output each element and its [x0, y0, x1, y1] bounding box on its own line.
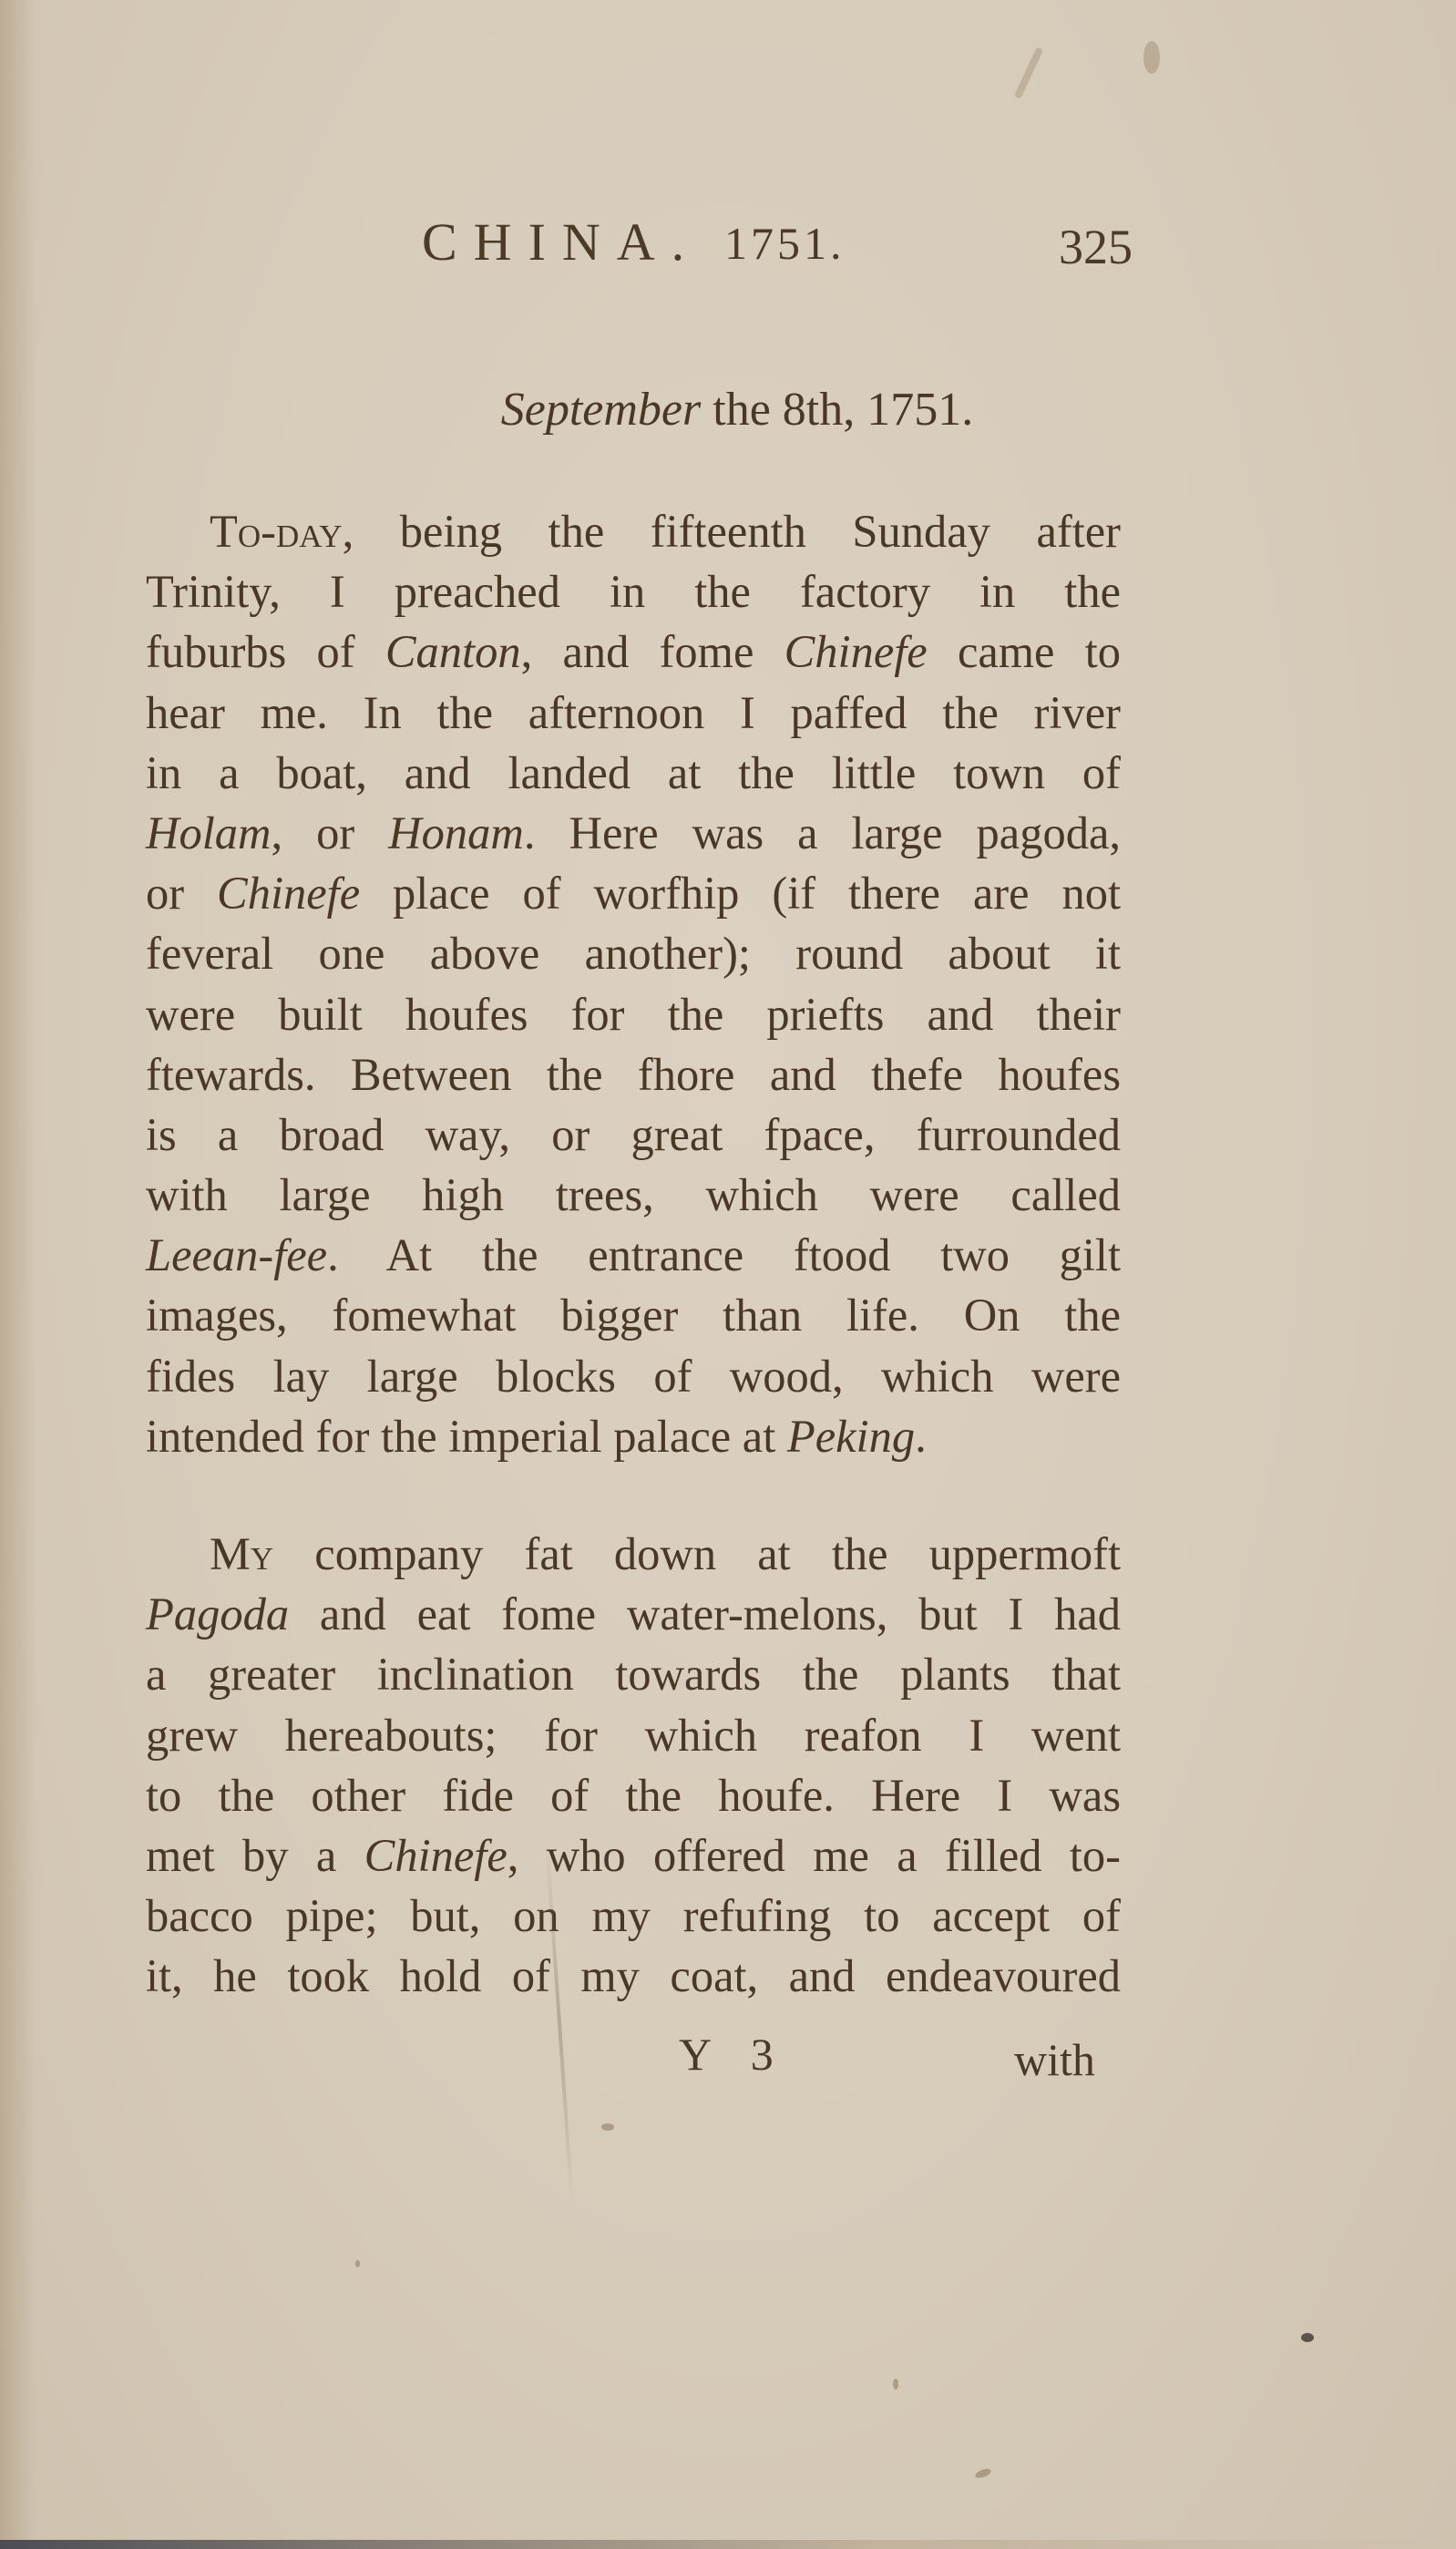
text-run: place of worfhip (if there are not: [360, 868, 1121, 919]
text-line: hear me. In the afternoon I paffed the r…: [146, 683, 1121, 743]
italic-text: Peking: [787, 1411, 915, 1462]
text-run: images, fomewhat bigger than life. On th…: [146, 1290, 1121, 1341]
text-run: feveral one above another); round about …: [146, 928, 1121, 979]
text-run: , being the fifteenth Sunday after: [343, 506, 1121, 557]
text-line: grew hereabouts; for which reafon I went: [146, 1705, 1121, 1765]
text-run: met by a: [146, 1830, 364, 1881]
text-run: is a broad way, or great fpace, furround…: [146, 1109, 1121, 1160]
text-run: fuburbs of: [146, 626, 385, 677]
text-run: with large high trees, which were called: [146, 1169, 1121, 1220]
dateline: September the 8th, 1751.: [0, 383, 1456, 437]
text-run: hear me. In the afternoon I paffed the r…: [146, 687, 1121, 738]
text-run: it, he took hold of my coat, and endeavo…: [146, 1950, 1121, 2001]
italic-text: Leean-fee: [146, 1229, 327, 1280]
text-line: intended for the imperial palace at Peki…: [146, 1406, 1121, 1466]
paper-blemish: [1014, 46, 1044, 99]
text-run: . At the entrance ftood two gilt: [327, 1229, 1121, 1280]
text-line: Pagoda and eat fome water-melons, but I …: [146, 1584, 1121, 1644]
italic-text: Chinefe: [364, 1830, 508, 1881]
text-line: To-day, being the fifteenth Sunday after: [146, 501, 1121, 561]
text-run: ftewards. Between the fhore and thefe ho…: [146, 1049, 1121, 1100]
italic-text: Chinefe: [217, 868, 360, 919]
text-line: My company fat down at the uppermoft: [146, 1524, 1121, 1584]
italic-text: Canton: [385, 626, 521, 677]
text-run: or: [146, 868, 217, 919]
running-head-title: CHINA.: [422, 211, 701, 272]
text-run: bacco pipe; but, on my refufing to accep…: [146, 1890, 1121, 1941]
text-run: Trinity, I preached in the factory in th…: [146, 566, 1121, 617]
text-line: a greater inclination towards the plants…: [146, 1644, 1121, 1704]
text-line: or Chinefe place of worfhip (if there ar…: [146, 863, 1121, 923]
text-run: and eat fome water-melons, but I had: [289, 1588, 1121, 1639]
text-run: in a boat, and landed at the little town…: [146, 747, 1121, 798]
text-line: met by a Chinefe, who offered me a fille…: [146, 1825, 1121, 1886]
page-number: 325: [1059, 219, 1133, 275]
text-line: it, he took hold of my coat, and endeavo…: [146, 1946, 1121, 2006]
catchline: Y 3 with: [0, 2028, 1456, 2092]
text-run: company fat down at the uppermoft: [273, 1528, 1121, 1579]
text-line: Leean-fee. At the entrance ftood two gil…: [146, 1225, 1121, 1285]
paper-blemish: [974, 2467, 992, 2480]
page-bottom-edge: [0, 2540, 1456, 2549]
dateline-month: September: [501, 384, 701, 436]
running-head: CHINA. 1751. 325: [0, 211, 1456, 284]
text-line: were built houfes for the priefts and th…: [146, 984, 1121, 1044]
text-line: in a boat, and landed at the little town…: [146, 743, 1121, 803]
text-line: bacco pipe; but, on my refufing to accep…: [146, 1886, 1121, 1946]
italic-text: Pagoda: [146, 1588, 289, 1639]
text-line: Holam, or Honam. Here was a large pagoda…: [146, 803, 1121, 863]
paragraph-2: My company fat down at the uppermoftPago…: [146, 1524, 1121, 2007]
text-run: . Here was a large pagoda,: [524, 807, 1121, 858]
text-line: feveral one above another); round about …: [146, 923, 1121, 983]
text-run: intended for the imperial palace at: [146, 1411, 787, 1462]
text-line: to the other fide of the houfe. Here I w…: [146, 1765, 1121, 1825]
signature-mark: Y 3: [679, 2028, 788, 2081]
text-run: .: [915, 1411, 927, 1462]
text-run: , and fome: [521, 626, 784, 677]
paper-blemish: [355, 2260, 360, 2267]
text-run: grew hereabouts; for which reafon I went: [146, 1710, 1121, 1761]
paper-blemish: [893, 2379, 898, 2390]
text-line: fides lay large blocks of wood, which we…: [146, 1346, 1121, 1406]
italic-text: Chinefe: [784, 626, 928, 677]
text-line: Trinity, I preached in the factory in th…: [146, 561, 1121, 622]
text-run: were built houfes for the priefts and th…: [146, 989, 1121, 1040]
text-run: a greater inclination towards the plants…: [146, 1649, 1121, 1700]
text-run: came to: [928, 626, 1121, 677]
paragraph-1: To-day, being the fifteenth Sunday after…: [146, 501, 1121, 1466]
italic-text: Holam: [146, 807, 271, 858]
small-caps-text: My: [210, 1528, 273, 1579]
text-run: fides lay large blocks of wood, which we…: [146, 1351, 1121, 1402]
running-head-year: 1751.: [724, 217, 846, 270]
text-line: fuburbs of Canton, and fome Chinefe came…: [146, 622, 1121, 682]
book-page: CHINA. 1751. 325 September the 8th, 1751…: [0, 0, 1456, 2549]
paper-blemish: [601, 2123, 614, 2131]
text-line: is a broad way, or great fpace, furround…: [146, 1105, 1121, 1165]
dateline-rest: the 8th, 1751.: [701, 384, 973, 436]
text-line: images, fomewhat bigger than life. On th…: [146, 1285, 1121, 1345]
paper-blemish: [1301, 2333, 1314, 2342]
text-line: ftewards. Between the fhore and thefe ho…: [146, 1044, 1121, 1105]
text-run: , or: [271, 807, 388, 858]
text-line: with large high trees, which were called: [146, 1165, 1121, 1225]
text-run: , who offered me a filled to-: [508, 1830, 1121, 1881]
text-run: to the other fide of the houfe. Here I w…: [146, 1770, 1121, 1821]
catchword: with: [1014, 2033, 1095, 2086]
italic-text: Honam: [388, 807, 524, 858]
small-caps-text: To-day: [210, 506, 343, 557]
paper-blemish: [1143, 41, 1160, 74]
